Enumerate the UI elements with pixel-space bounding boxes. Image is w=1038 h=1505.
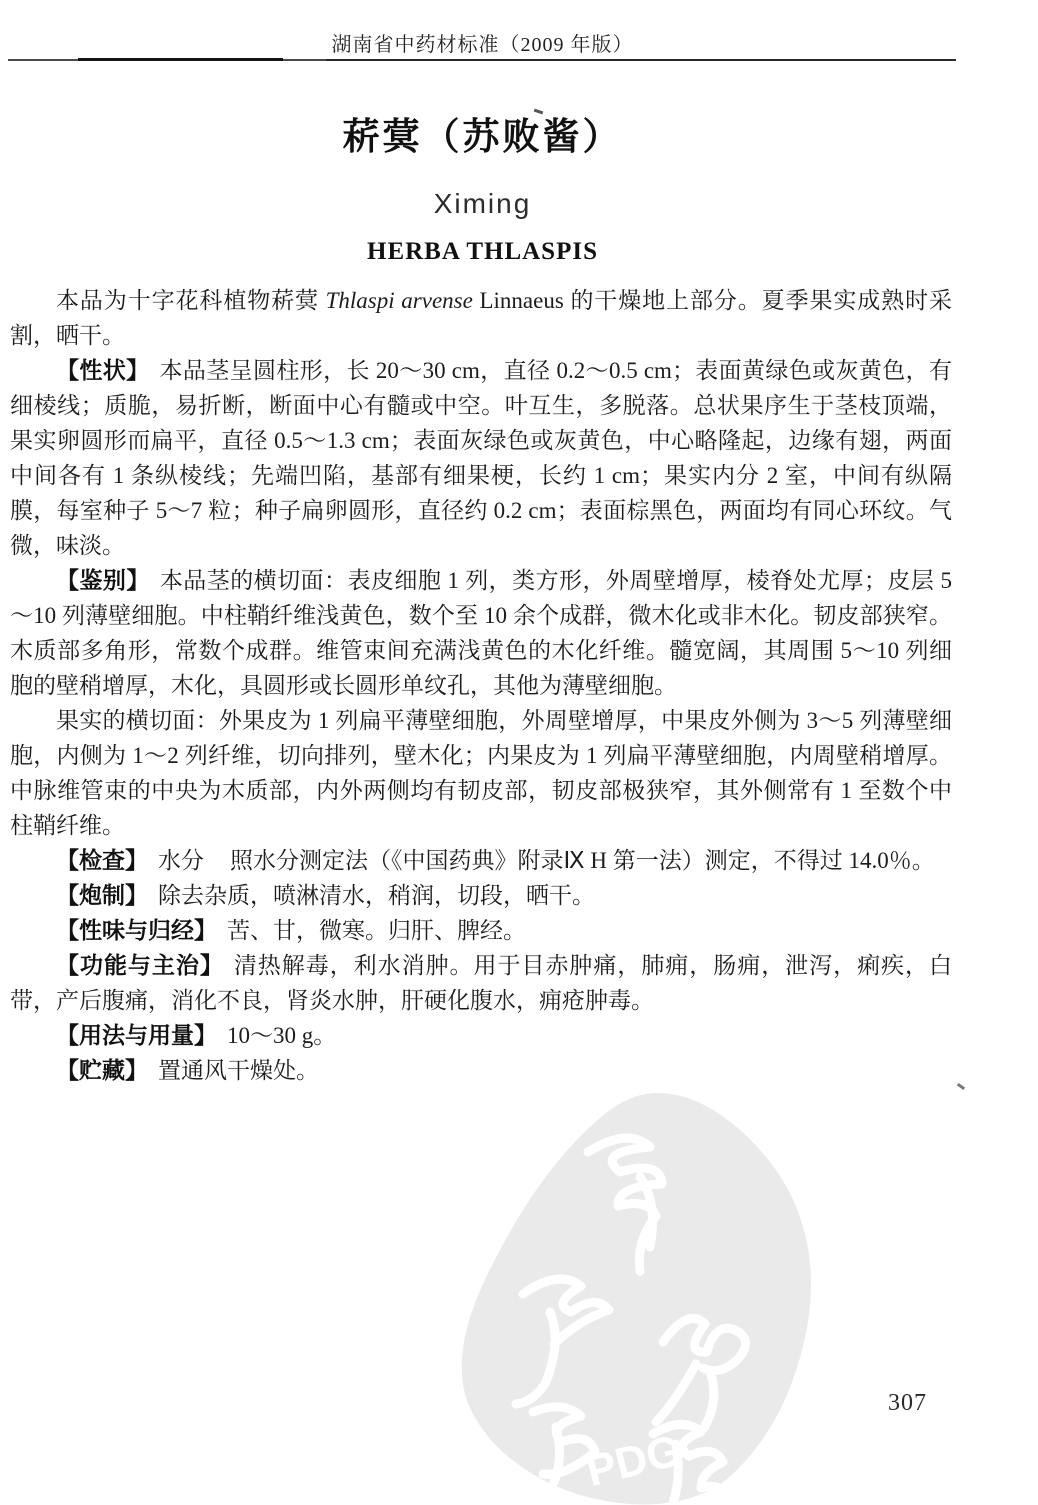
text-run: 10～30 g。: [227, 1023, 336, 1048]
section-label: 【用法与用量】: [56, 1022, 217, 1048]
body-paragraph: 果实的横切面：外果皮为 1 列扁平薄壁细胞，外周壁增厚，中果皮外侧为 3～5 列…: [10, 703, 952, 843]
running-header: 湖南省中药材标准（2009 年版）: [10, 28, 955, 57]
section-label: 【鉴别】: [56, 567, 150, 593]
body-paragraph: 【炮制】除去杂质，喷淋清水，稍润，切段，晒干。: [10, 878, 952, 913]
body-paragraph: 【性味与归经】苦、甘，微寒。归肝、脾经。: [10, 913, 952, 948]
body-paragraph: 【检查】水分照水分测定法（《中国药典》附录Ⅸ H 第一法）测定，不得过 14.0…: [10, 843, 952, 878]
text-run: 水分: [158, 848, 204, 873]
section-label: 【检查】: [56, 847, 148, 873]
section-label: 【功能与主治】: [56, 952, 224, 978]
text-run: 果实的横切面：外果皮为 1 列扁平薄壁细胞，外周壁增厚，中果皮外侧为 3～5 列…: [10, 708, 952, 838]
watermark-stamp: PDG: [438, 1082, 918, 1505]
title-pinyin: Ximing: [10, 188, 955, 220]
body-paragraph: 【性状】本品茎呈圆柱形，长 20～30 cm，直径 0.2～0.5 cm；表面黄…: [10, 353, 952, 563]
section-label: 【炮制】: [56, 882, 148, 908]
body-paragraph: 【鉴别】本品茎的横切面：表皮细胞 1 列，类方形，外周壁增厚，棱脊处尤厚；皮层 …: [10, 563, 952, 703]
text-run: 苦、甘，微寒。归肝、脾经。: [227, 918, 526, 943]
text-run: 本品为十字花科植物菥蓂: [56, 288, 326, 313]
body-text: 本品为十字花科植物菥蓂 Thlaspi arvense Linnaeus 的干燥…: [10, 283, 952, 1088]
section-label: 【贮藏】: [56, 1057, 148, 1083]
header-rule-segment: [78, 58, 283, 61]
body-paragraph: 【贮藏】置通风干燥处。: [10, 1053, 952, 1088]
header-rule: [8, 59, 956, 61]
body-paragraph: 本品为十字花科植物菥蓂 Thlaspi arvense Linnaeus 的干燥…: [10, 283, 952, 353]
section-label: 【性味与归经】: [56, 917, 217, 943]
body-paragraph: 【用法与用量】10～30 g。: [10, 1018, 952, 1053]
text-run: 除去杂质，喷淋清水，稍润，切段，晒干。: [158, 883, 595, 908]
title-latin: HERBA THLASPIS: [10, 238, 955, 266]
document-page: 湖南省中药材标准（2009 年版） 菥蓂（苏败酱） Ximing HERBA T…: [0, 0, 1038, 1505]
page-title: 菥蓂（苏败酱）: [10, 106, 955, 160]
latin-species-name: Thlaspi arvense: [326, 288, 473, 313]
body-paragraph: 【功能与主治】清热解毒，利水消肿。用于目赤肿痛，肺痈，肠痈，泄泻，痢疾，白带，产…: [10, 948, 952, 1018]
text-run: 本品茎的横切面：表皮细胞 1 列，类方形，外周壁增厚，棱脊处尤厚；皮层 5～10…: [10, 568, 952, 698]
text-run: 置通风干燥处。: [158, 1058, 319, 1083]
header-rule-segment: [326, 59, 956, 61]
text-run: 本品茎呈圆柱形，长 20～30 cm，直径 0.2～0.5 cm；表面黄绿色或灰…: [10, 358, 952, 558]
section-label: 【性状】: [56, 357, 149, 383]
scan-artifact: [957, 1083, 965, 1090]
text-run: 照水分测定法（《中国药典》附录Ⅸ H 第一法）测定，不得过 14.0％。: [230, 848, 935, 873]
